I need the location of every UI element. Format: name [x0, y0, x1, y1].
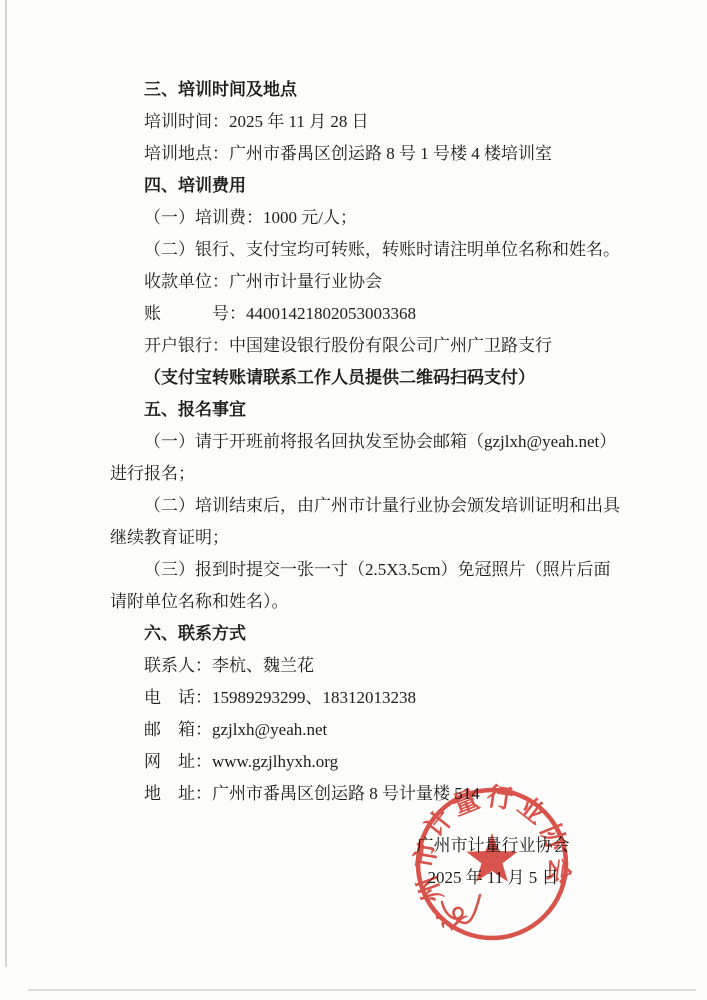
document-line: 账 号：44001421802053003368	[110, 298, 650, 330]
document-line: 电 话：15989293299、18312013238	[110, 682, 650, 714]
document-line: （二）银行、支付宝均可转账，转账时请注明单位名称和姓名。	[110, 234, 650, 266]
document-line: （一）请于开班前将报名回执发至协会邮箱（gzjlxh@yeah.net）	[110, 426, 650, 458]
document-line: （二）培训结束后，由广州市计量行业协会颁发培训证明和出具	[110, 490, 650, 522]
document-line: 继续教育证明；	[110, 522, 650, 554]
document-line: 邮 箱：gzjlxh@yeah.net	[110, 714, 650, 746]
page: 三、培训时间及地点培训时间：2025 年 11 月 28 日培训地点：广州市番禺…	[0, 0, 707, 1000]
document-line: 六、联系方式	[110, 618, 650, 650]
document-line: 收款单位：广州市计量行业协会	[110, 266, 650, 298]
document-line: 五、报名事宜	[110, 394, 650, 426]
document-line: 进行报名；	[110, 458, 650, 490]
document-body: 三、培训时间及地点培训时间：2025 年 11 月 28 日培训地点：广州市番禺…	[110, 74, 650, 810]
document-line: 培训地点：广州市番禺区创运路 8 号 1 号楼 4 楼培训室	[110, 138, 650, 170]
document-line: 培训时间：2025 年 11 月 28 日	[110, 106, 650, 138]
document-line: （一）培训费：1000 元/人；	[110, 202, 650, 234]
document-line: 请附单位名称和姓名）。	[110, 586, 650, 618]
seal-star-icon	[466, 833, 517, 882]
document-line: （支付宝转账请联系工作人员提供二维码扫码支付）	[110, 362, 650, 394]
official-seal-stamp: 广州市计量行业协会	[382, 754, 602, 974]
document-line: （三）报到时提交一张一寸（2.5X3.5cm）免冠照片（照片后面	[110, 554, 650, 586]
document-line: 三、培训时间及地点	[110, 74, 650, 106]
scan-edge-bottom	[28, 989, 696, 991]
document-line: 开户银行：中国建设银行股份有限公司广州广卫路支行	[110, 330, 650, 362]
document-line: 四、培训费用	[110, 170, 650, 202]
scan-edge-left	[5, 0, 7, 967]
document-line: 联系人：李杭、魏兰花	[110, 650, 650, 682]
